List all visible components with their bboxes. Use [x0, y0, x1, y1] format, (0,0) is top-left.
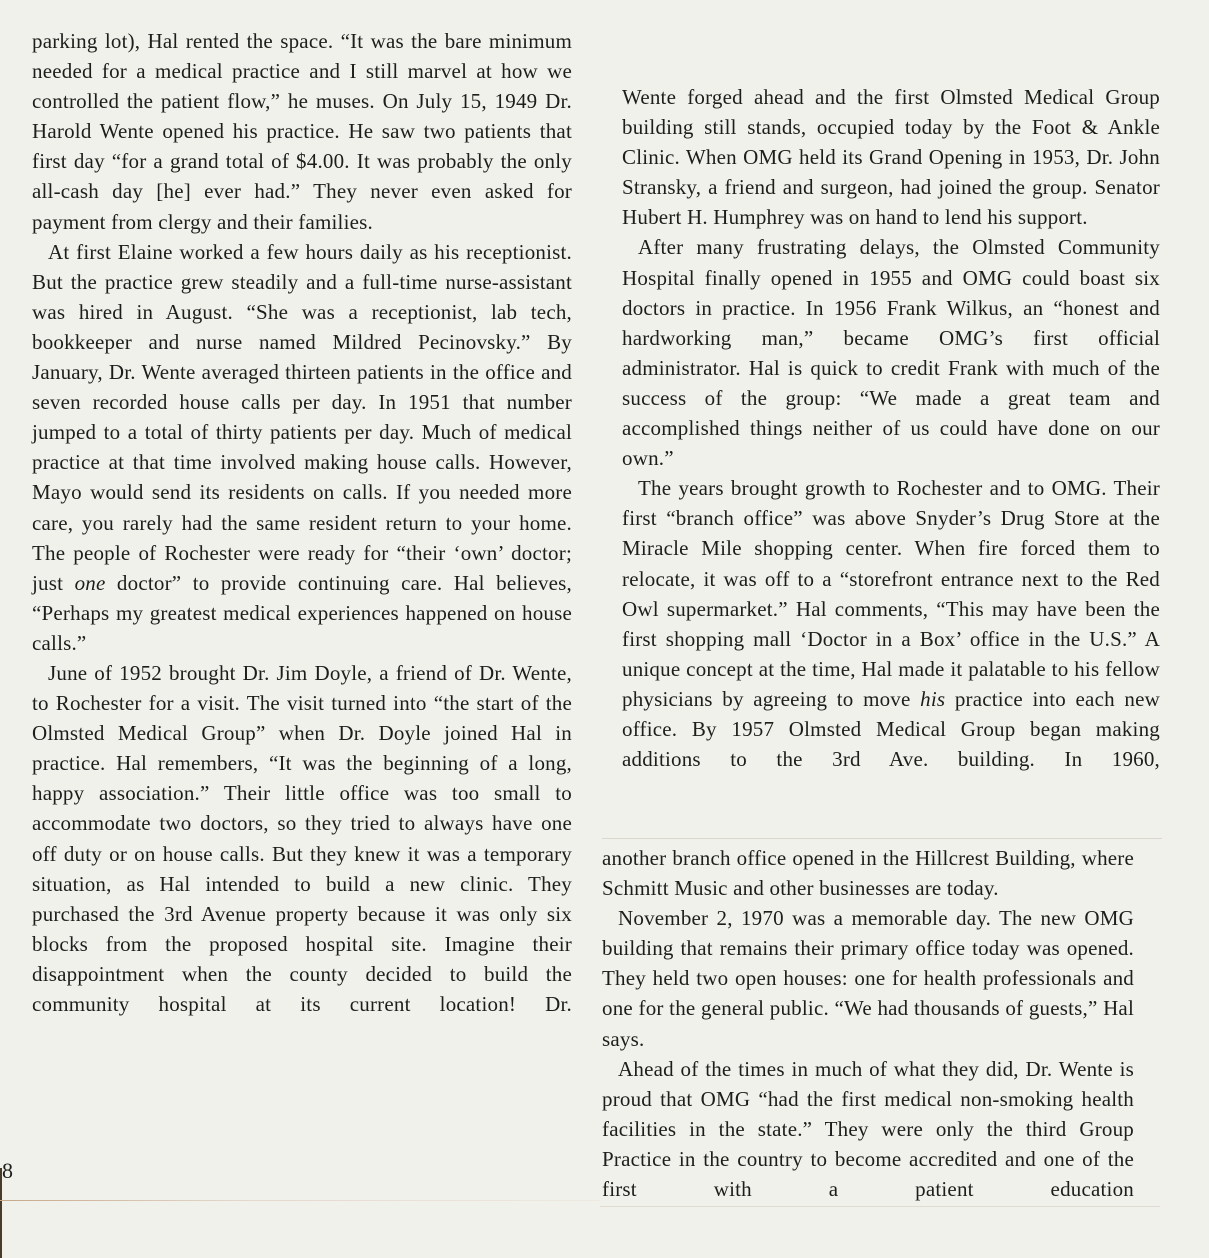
- paragraph-text: doctor” to provide continuing care. Hal …: [32, 571, 572, 655]
- scan-seam-bottom-left: [0, 1200, 600, 1201]
- paragraph-text: The years brought growth to Rochester an…: [622, 476, 1160, 711]
- paragraph-growth-branch-offices: The years brought growth to Rochester an…: [622, 473, 1160, 774]
- page-edge-line: [0, 1168, 2, 1258]
- paragraph-wente-forged-ahead: Wente forged ahead and the first Olmsted…: [622, 82, 1160, 232]
- paragraph-text: At first Elaine worked a few hours daily…: [32, 240, 572, 595]
- left-column: parking lot), Hal rented the space. “It …: [32, 26, 572, 1019]
- paragraph-elaine-receptionist: At first Elaine worked a few hours daily…: [32, 237, 572, 658]
- paragraph-hospital-opened-1955: After many frustrating delays, the Olmst…: [622, 232, 1160, 473]
- emphasis-one: one: [75, 571, 106, 595]
- scan-seam-divider: [602, 838, 1162, 839]
- right-column-bottom: another branch office opened in the Hill…: [602, 843, 1134, 1204]
- paragraph-november-1970: November 2, 1970 was a memorable day. Th…: [602, 903, 1134, 1053]
- paragraph-ahead-of-times: Ahead of the times in much of what they …: [602, 1054, 1134, 1204]
- right-column-top: Wente forged ahead and the first Olmsted…: [622, 82, 1160, 774]
- paragraph-hillcrest-building: another branch office opened in the Hill…: [602, 843, 1134, 903]
- paragraph-continued-rented-space: parking lot), Hal rented the space. “It …: [32, 26, 572, 237]
- paragraph-doyle-1952: June of 1952 brought Dr. Jim Doyle, a fr…: [32, 658, 572, 1019]
- scan-seam-bottom-right: [600, 1206, 1160, 1207]
- page-number: 8: [2, 1158, 13, 1184]
- emphasis-his: his: [920, 687, 945, 711]
